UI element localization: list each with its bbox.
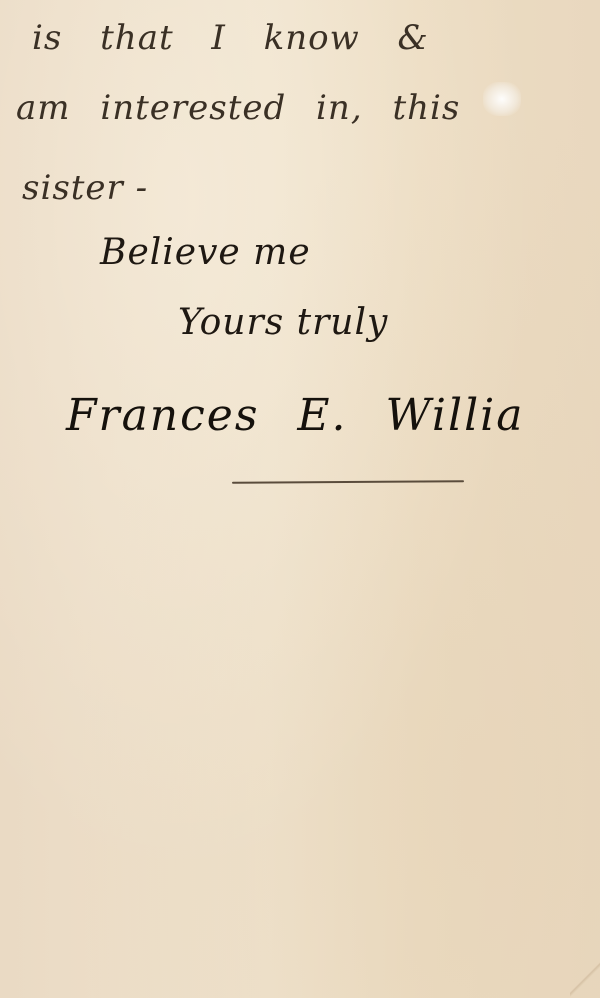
body-line-1: is that I know &	[32, 18, 429, 58]
closing-believe-me: Believe me	[100, 232, 311, 273]
body-line-2: am interested in, this	[16, 88, 460, 128]
closing-yours-truly: Yours truly	[178, 302, 388, 343]
signature-underline	[232, 480, 464, 484]
paper-blemish	[483, 82, 521, 116]
letter-page: is that I know & am interested in, this …	[0, 0, 600, 998]
signature: Frances E. Willia	[66, 390, 524, 441]
body-line-3: sister -	[22, 168, 148, 208]
paper-crease	[570, 938, 600, 998]
